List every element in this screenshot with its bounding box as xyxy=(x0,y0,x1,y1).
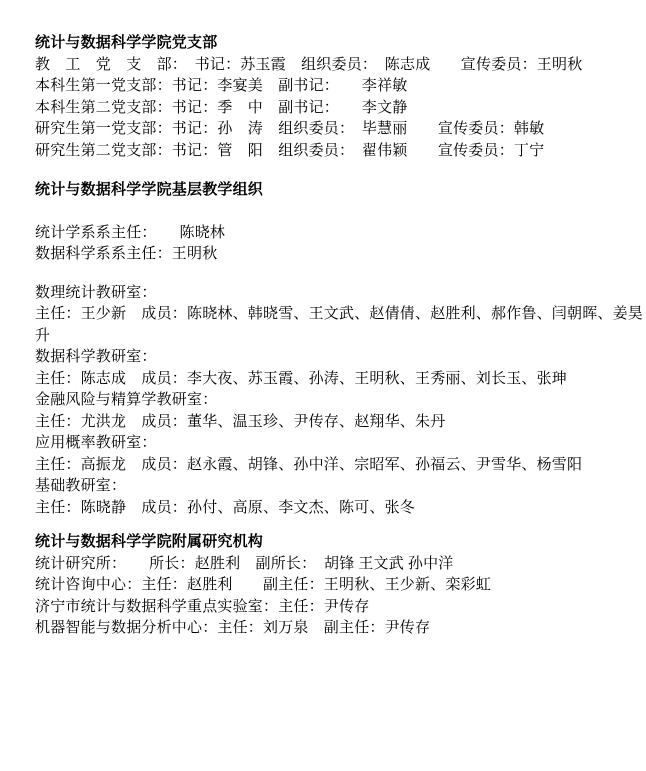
department-heads-group: 统计学系系主任： 陈晓林 数据科学系系主任：王明秋 xyxy=(35,223,618,266)
doc-line-key-laboratory: 济宁市统计与数据科学重点实验室：主任：尹传存 xyxy=(35,597,618,619)
doc-line-foundation-members: 主任：陈晓静 成员：孙付、高原、李文杰、陈可、张冬 xyxy=(35,498,618,520)
doc-line-undergrad-branch-1: 本科生第一党支部：书记：李宴美 副书记： 李祥敏 xyxy=(35,76,618,98)
doc-line-statistics-institute: 统计研究所： 所长：赵胜利 副所长： 胡锋 王文武 孙中洋 xyxy=(35,554,618,576)
doc-line-finance-office: 金融风险与精算学教研室： xyxy=(35,390,618,412)
doc-line-undergrad-branch-2: 本科生第二党支部：书记：季 中 副书记： 李文静 xyxy=(35,98,618,120)
doc-line-foundation-office: 基础教研室： xyxy=(35,476,618,498)
doc-line-machine-intelligence-center: 机器智能与数据分析中心：主任：刘万泉 副主任：尹传存 xyxy=(35,618,618,640)
document-content: 统计与数据科学学院党支部 教 工 党 支 部： 书记：苏玉霞 组织委员： 陈志成… xyxy=(0,0,646,640)
section-research-institutes: 统计与数据科学学院附属研究机构 统计研究所： 所长：赵胜利 副所长： 胡锋 王文… xyxy=(35,532,618,640)
doc-line-grad-branch-2: 研究生第二党支部：书记：管 阳 组织委员： 翟伟颖 宣传委员：丁宁 xyxy=(35,141,618,163)
teaching-orgs-title: 统计与数据科学学院基层教学组织 xyxy=(35,180,618,202)
doc-line-finance-members: 主任：尤洪龙 成员：董华、温玉珍、尹传存、赵翔华、朱丹 xyxy=(35,412,618,434)
doc-line-datascience-dept-head: 数据科学系系主任：王明秋 xyxy=(35,244,618,266)
party-branches-title: 统计与数据科学学院党支部 xyxy=(35,33,618,55)
doc-line-datascience-office: 数据科学教研室： xyxy=(35,347,618,369)
document-page: 统计与数据科学学院党支部 教 工 党 支 部： 书记：苏玉霞 组织委员： 陈志成… xyxy=(0,0,646,771)
teaching-offices-group: 数理统计教研室： 主任：王少新 成员：陈晓林、韩晓雪、王文武、赵倩倩、赵胜利、郝… xyxy=(35,283,618,520)
doc-line-probability-office: 应用概率教研室： xyxy=(35,433,618,455)
doc-line-grad-branch-1: 研究生第一党支部：书记：孙 涛 组织委员： 毕慧丽 宣传委员：韩敏 xyxy=(35,119,618,141)
doc-line-math-stat-members-wrap: 升 xyxy=(35,326,618,348)
research-institutes-title: 统计与数据科学学院附属研究机构 xyxy=(35,532,618,554)
doc-line-statistics-dept-head: 统计学系系主任： 陈晓林 xyxy=(35,223,618,245)
doc-line-math-stat-members: 主任：王少新 成员：陈晓林、韩晓雪、王文武、赵倩倩、赵胜利、郝作鲁、闫朝晖、姜昊 xyxy=(35,304,618,326)
doc-line-faculty-branch: 教 工 党 支 部： 书记：苏玉霞 组织委员： 陈志成 宣传委员：王明秋 xyxy=(35,55,618,77)
section-teaching-orgs: 统计与数据科学学院基层教学组织 统计学系系主任： 陈晓林 数据科学系系主任：王明… xyxy=(35,180,618,519)
section-party-branches: 统计与数据科学学院党支部 教 工 党 支 部： 书记：苏玉霞 组织委员： 陈志成… xyxy=(35,33,618,162)
doc-line-datascience-members: 主任：陈志成 成员：李大夜、苏玉霞、孙涛、王明秋、王秀丽、刘长玉、张珅 xyxy=(35,369,618,391)
doc-line-consulting-center: 统计咨询中心：主任：赵胜利 副主任：王明秋、王少新、栾彩虹 xyxy=(35,575,618,597)
doc-line-probability-members: 主任：高振龙 成员：赵永霞、胡锋、孙中洋、宗昭军、孙福云、尹雪华、杨雪阳 xyxy=(35,455,618,477)
doc-line-math-stat-office: 数理统计教研室： xyxy=(35,283,618,305)
